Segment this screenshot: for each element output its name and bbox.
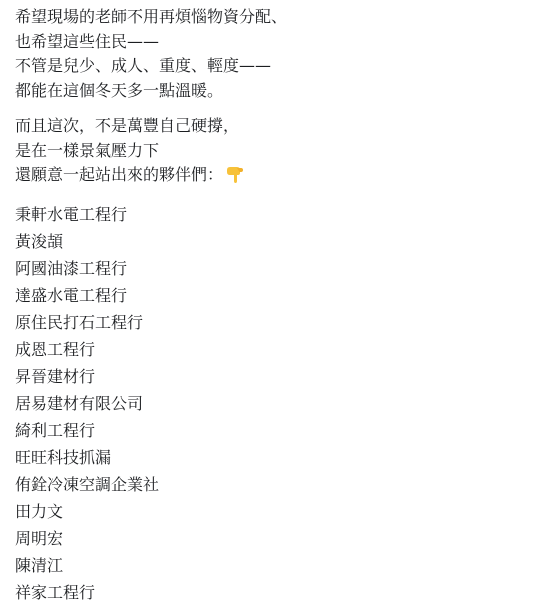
- partner-item: 祥家工程行: [15, 579, 527, 606]
- partner-item: 田力文: [15, 498, 527, 525]
- partner-list: 秉軒水電工程行 黃浚頡 阿國油漆工程行 達盛水電工程行 原住民打石工程行 成恩工…: [15, 201, 527, 606]
- text-line: 希望現場的老師不用再煩惱物資分配、: [15, 5, 527, 30]
- partner-item: 周明宏: [15, 525, 527, 552]
- partner-item: 旺旺科技抓漏: [15, 444, 527, 471]
- text-line: 是在一樣景氣壓力下: [15, 139, 527, 164]
- partner-item: 成恩工程行: [15, 336, 527, 363]
- partner-item: 侑銓冷凍空調企業社: [15, 471, 527, 498]
- paragraph-partners-intro: 而且這次，不是萬豐自己硬撐， 是在一樣景氣壓力下 還願意一起站出來的夥伴們：: [15, 114, 527, 188]
- partner-item: 原住民打石工程行: [15, 309, 527, 336]
- partner-item: 居易建材有限公司: [15, 390, 527, 417]
- partner-item: 達盛水電工程行: [15, 282, 527, 309]
- text-line-with-emoji: 還願意一起站出來的夥伴們：: [15, 163, 527, 188]
- partner-item: 昇晉建材行: [15, 363, 527, 390]
- text-line: 不管是兒少、成人、重度、輕度——: [15, 54, 527, 79]
- text-line: 還願意一起站出來的夥伴們：: [15, 165, 223, 184]
- partner-item: 綺利工程行: [15, 417, 527, 444]
- text-line: 也希望這些住民——: [15, 30, 527, 55]
- partner-item: 陳清江: [15, 552, 527, 579]
- text-line: 都能在這個冬天多一點溫暖。: [15, 79, 527, 104]
- partner-item: 黃浚頡: [15, 228, 527, 255]
- post-body: 希望現場的老師不用再煩惱物資分配、 也希望這些住民—— 不管是兒少、成人、重度、…: [15, 5, 527, 606]
- paragraph-hope: 希望現場的老師不用再煩惱物資分配、 也希望這些住民—— 不管是兒少、成人、重度、…: [15, 5, 527, 103]
- partner-item: 阿國油漆工程行: [15, 255, 527, 282]
- partner-item: 秉軒水電工程行: [15, 201, 527, 228]
- backhand-index-pointing-down-icon: [225, 164, 245, 184]
- text-line: 而且這次，不是萬豐自己硬撐，: [15, 114, 527, 139]
